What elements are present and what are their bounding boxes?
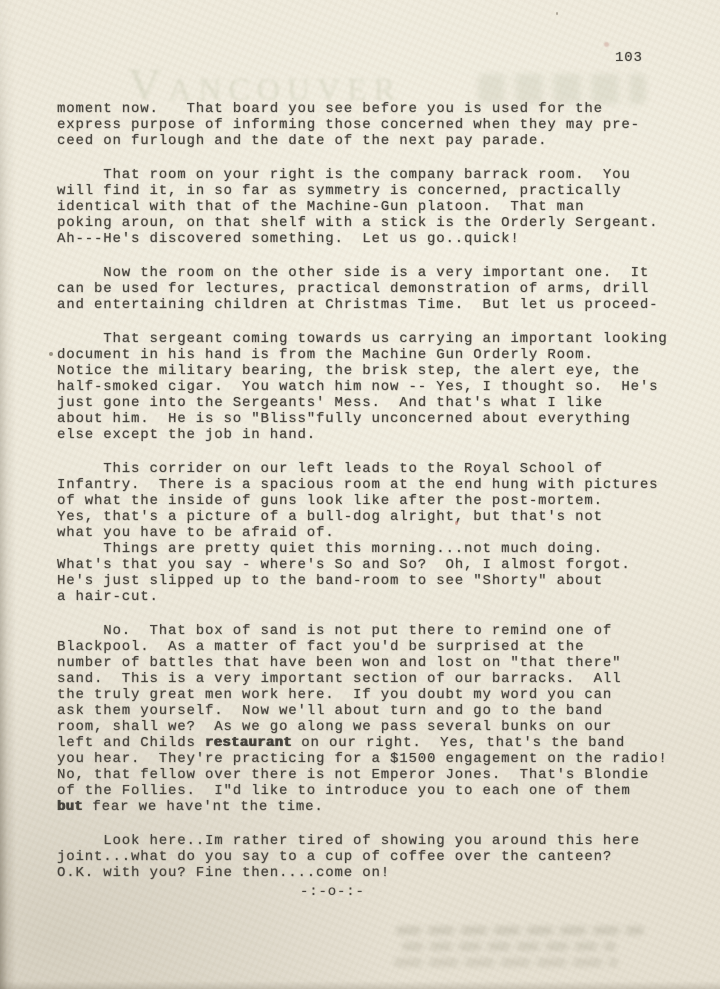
paragraph-sergeant: That sergeant coming towards us carrying… [57,331,682,443]
paragraph-continuation: moment now. That board you see before yo… [57,101,682,149]
bleed-through-smudge [394,958,618,967]
paragraph-sand-box: No. That box of sand is not put there to… [57,623,682,815]
end-mark: -:-o-:- [300,884,365,900]
bleed-through-smudge [402,942,616,951]
page-edge-shadow-left [0,0,16,989]
bleed-through-smudge [396,926,644,935]
paragraph-closing: Look here..Im rather tired of showing yo… [57,833,682,881]
paper-speck [604,42,609,47]
paper-speck [455,521,458,525]
typewritten-page: Vancouver 103 moment now. That board you… [0,0,720,989]
paragraph-barrack-room: That room on your right is the company b… [57,167,682,247]
paper-speck [49,352,53,356]
page-edge-shadow-bottom [0,981,720,989]
document-body: moment now. That board you see before yo… [57,101,682,881]
bleed-through-title-smudge [478,74,646,104]
paragraph-lecture-room: Now the room on the other side is a very… [57,265,682,313]
paper-speck [556,12,558,15]
paragraph-corridor: This corrider on our left leads to the R… [57,461,682,605]
page-number: 103 [615,50,643,66]
